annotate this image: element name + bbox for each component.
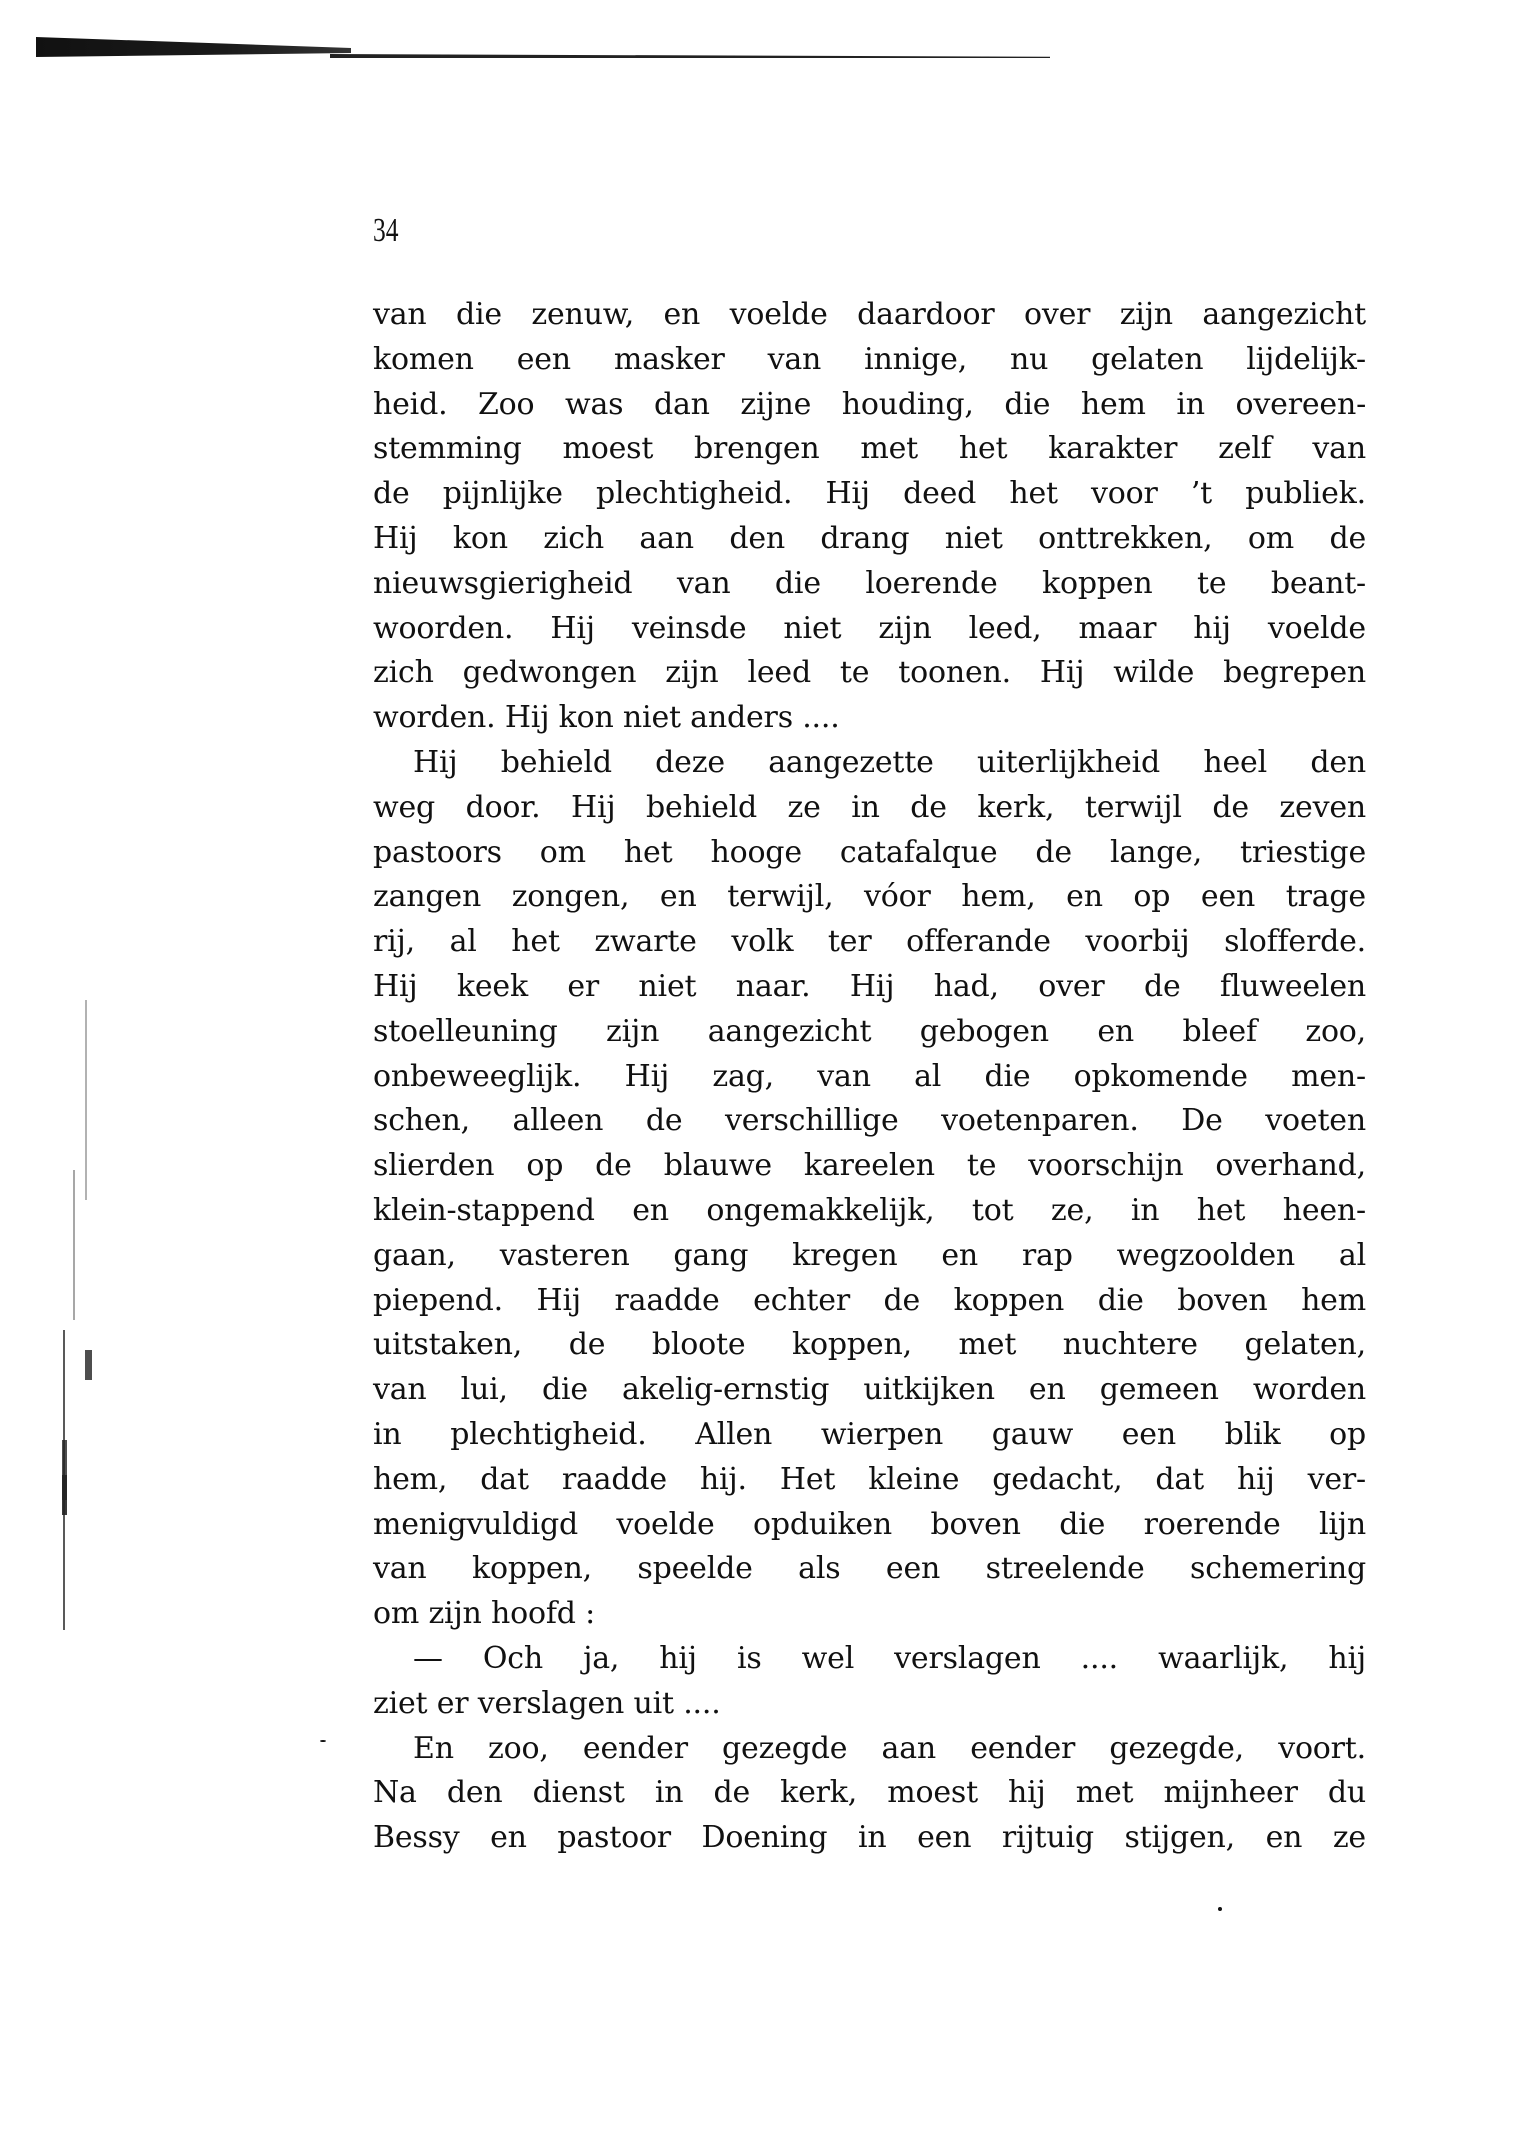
text-line: van die zenuw, en voelde daardoor over z…: [373, 293, 1366, 338]
text-line: — Och ja, hij is wel verslagen .... waar…: [373, 1637, 1366, 1682]
text-line: gaan, vasteren gang kregen en rap wegzoo…: [373, 1234, 1366, 1279]
text-line: onbeweeglijk. Hij zag, van al die opkome…: [373, 1055, 1366, 1100]
text-line: weg door. Hij behield ze in de kerk, ter…: [373, 786, 1366, 831]
text-line: rij, al het zwarte volk ter offerande vo…: [373, 920, 1366, 965]
scan-speck: [320, 1740, 326, 1742]
text-line: van koppen, speelde als een streelende s…: [373, 1547, 1366, 1592]
text-line: Bessy en pastoor Doening in een rijtuig …: [373, 1816, 1366, 1861]
text-line: nieuwsgierigheid van die loerende koppen…: [373, 562, 1366, 607]
text-line: slierden op de blauwe kareelen te voorsc…: [373, 1144, 1366, 1189]
text-line: van lui, die akelig-ernstig uitkijken en…: [373, 1368, 1366, 1413]
text-line: menigvuldigd voelde opduiken boven die r…: [373, 1503, 1366, 1548]
text-line: woorden. Hij veinsde niet zijn leed, maa…: [373, 607, 1366, 652]
scan-margin-artifacts: [55, 1000, 105, 2080]
text-line: de pijnlijke plechtigheid. Hij deed het …: [373, 472, 1366, 517]
text-line: ziet er verslagen uit ....: [373, 1682, 1366, 1727]
text-line: hem, dat raadde hij. Het kleine gedacht,…: [373, 1458, 1366, 1503]
text-line: Na den dienst in de kerk, moest hij met …: [373, 1771, 1366, 1816]
text-line: zich gedwongen zijn leed te toonen. Hij …: [373, 651, 1366, 696]
book-page: 34 van die zenuw, en voelde daardoor ove…: [0, 0, 1528, 2152]
scan-edge-line: [330, 54, 1050, 58]
text-line: om zijn hoofd :: [373, 1592, 1366, 1637]
text-line: Hij keek er niet naar. Hij had, over de …: [373, 965, 1366, 1010]
scan-edge-bar: [36, 37, 351, 57]
text-line: schen, alleen de verschillige voetenpare…: [373, 1099, 1366, 1144]
body-text: van die zenuw, en voelde daardoor over z…: [373, 293, 1366, 1861]
text-line: klein-stappend en ongemakkelijk, tot ze,…: [373, 1189, 1366, 1234]
scan-speck: [1218, 1907, 1222, 1911]
text-line: Hij kon zich aan den drang niet onttrekk…: [373, 517, 1366, 562]
text-line: uitstaken, de bloote koppen, met nuchter…: [373, 1323, 1366, 1368]
text-line: Hij behield deze aangezette uiterlijkhei…: [373, 741, 1366, 786]
text-line: stoelleuning zijn aangezicht gebogen en …: [373, 1010, 1366, 1055]
text-line: pastoors om het hooge catafalque de lang…: [373, 831, 1366, 876]
text-line: worden. Hij kon niet anders ....: [373, 696, 1366, 741]
text-line: zangen zongen, en terwijl, vóor hem, en …: [373, 875, 1366, 920]
text-line: in plechtigheid. Allen wierpen gauw een …: [373, 1413, 1366, 1458]
text-line: piepend. Hij raadde echter de koppen die…: [373, 1279, 1366, 1324]
text-line: En zoo, eender gezegde aan eender gezegd…: [373, 1727, 1366, 1772]
page-number: 34: [373, 212, 399, 250]
text-line: heid. Zoo was dan zijne houding, die hem…: [373, 383, 1366, 428]
text-line: komen een masker van innige, nu gelaten …: [373, 338, 1366, 383]
text-line: stemming moest brengen met het karakter …: [373, 427, 1366, 472]
